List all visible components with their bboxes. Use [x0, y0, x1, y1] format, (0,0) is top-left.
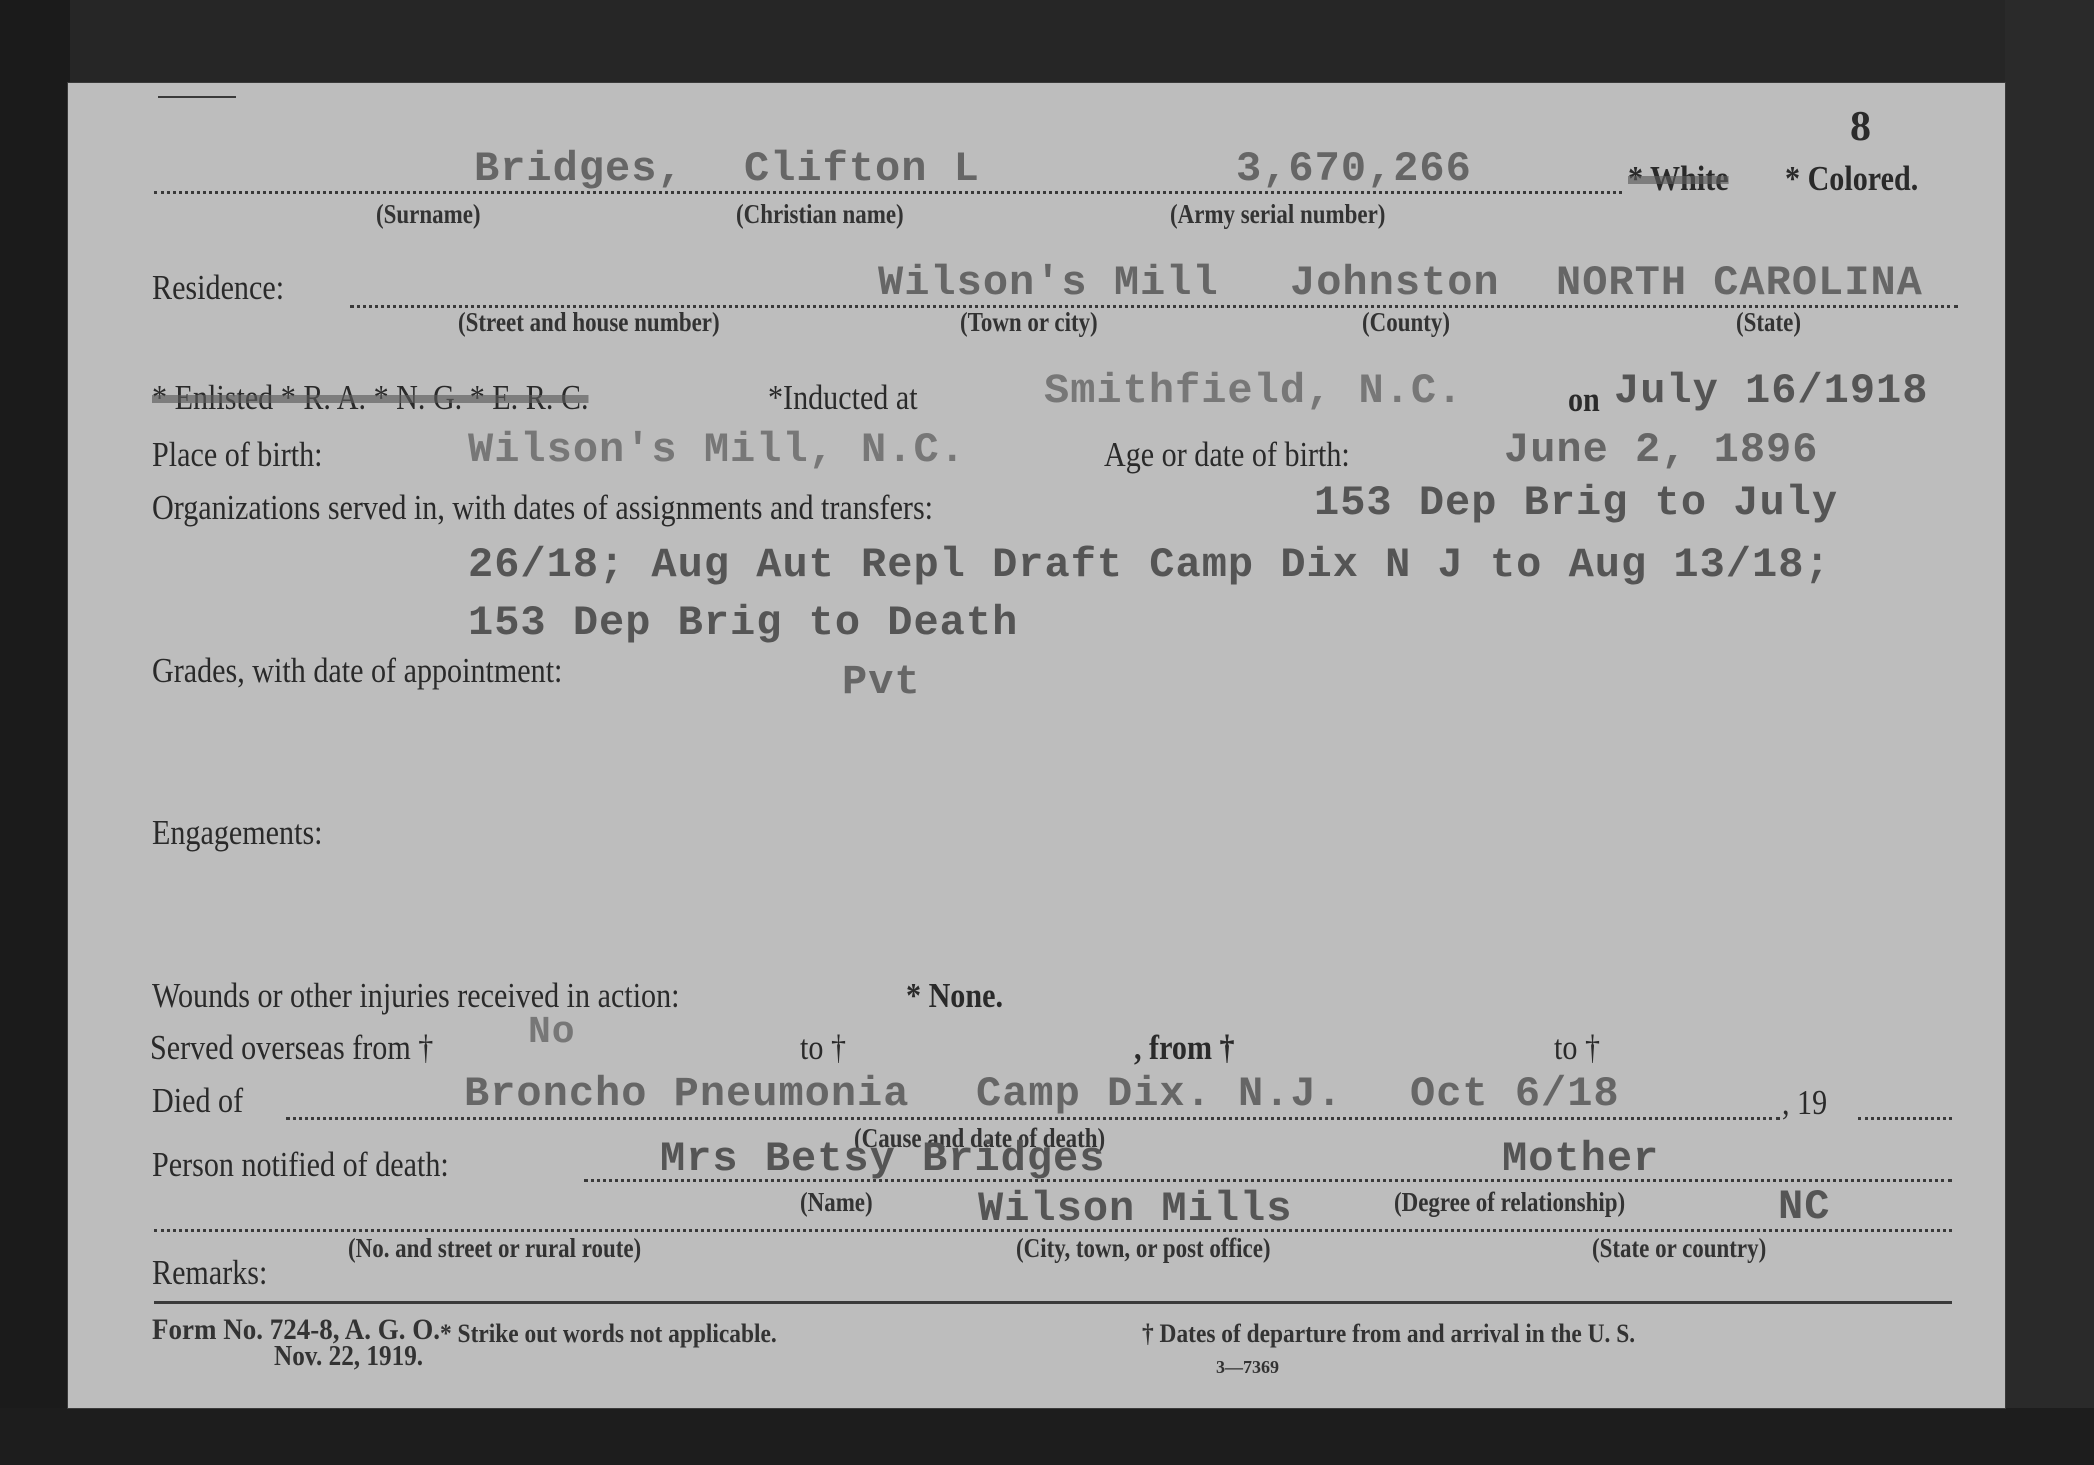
race-colored-label: * Colored.	[1785, 159, 1918, 199]
engagements-label: Engagements:	[152, 813, 323, 853]
notified-name-value: Mrs Betsy Bridges	[660, 1135, 1105, 1183]
town-caption: (Town or city)	[960, 307, 1098, 338]
residence-state-value: NORTH CAROLINA	[1556, 259, 1923, 307]
street-caption: (Street and house number)	[458, 307, 720, 338]
notified-city-value: Wilson Mills	[978, 1185, 1292, 1233]
organizations-line-2: 26/18; Aug Aut Repl Draft Camp Dix N J t…	[468, 541, 1831, 589]
army-serial-number-value: 3,670,266	[1236, 145, 1472, 193]
death-place-value: Camp Dix. N.J.	[976, 1070, 1343, 1118]
overseas-from2-label: , from †	[1134, 1028, 1235, 1068]
date-of-birth-value: June 2, 1896	[1504, 426, 1818, 474]
wounds-value: * None.	[906, 976, 1003, 1016]
print-code: 3—7369	[1216, 1357, 1279, 1378]
enlistment-options-struck: * Enlisted * R. A. * N. G. * E. R. C.	[152, 378, 588, 418]
date-of-birth-label: Age or date of birth:	[1104, 435, 1350, 475]
died-of-label: Died of	[152, 1081, 243, 1121]
organizations-line-1: 153 Dep Brig to July	[1314, 479, 1838, 527]
inducted-at-label: *Inducted at	[768, 378, 918, 418]
state-caption: (State)	[1736, 307, 1801, 338]
race-white-label: * White	[1628, 159, 1729, 198]
background-left	[0, 0, 70, 1465]
background-right	[2005, 0, 2094, 1465]
death-year-prefix: , 19	[1782, 1083, 1827, 1123]
overseas-to2-label: to †	[1554, 1028, 1600, 1068]
residence-town-value: Wilson's Mill	[878, 259, 1219, 307]
inducted-place-value: Smithfield, N.C.	[1044, 367, 1463, 415]
background-bottom	[0, 1408, 2094, 1465]
notified-label: Person notified of death:	[152, 1145, 449, 1185]
death-cause-value: Broncho Pneumonia	[464, 1070, 909, 1118]
notified-relationship-value: Mother	[1502, 1135, 1659, 1183]
grades-label: Grades, with date of appointment:	[152, 651, 562, 691]
inducted-on-label: on	[1568, 380, 1600, 420]
organizations-line-3: 153 Dep Brig to Death	[468, 599, 1018, 647]
death-year-line	[1858, 1117, 1952, 1120]
place-of-birth-value: Wilson's Mill, N.C.	[468, 426, 966, 474]
overseas-from-value: No	[528, 1011, 576, 1054]
overseas-to-label: to †	[800, 1028, 846, 1068]
wounds-label: Wounds or other injuries received in act…	[152, 976, 680, 1016]
grades-value: Pvt	[842, 658, 921, 706]
strike-note: * Strike out words not applicable.	[440, 1319, 777, 1349]
remarks-label: Remarks:	[152, 1253, 267, 1293]
notified-city-caption: (City, town, or post office)	[1016, 1233, 1271, 1264]
race-white-struck: * White	[1628, 159, 1729, 199]
christian-name-value: Clifton L	[744, 145, 980, 193]
corner-number: 8	[1850, 103, 1871, 151]
death-date-value: Oct 6/18	[1410, 1070, 1620, 1118]
notified-state-value: NC	[1778, 1183, 1830, 1231]
residence-county-value: Johnston	[1290, 259, 1500, 307]
surname-value: Bridges,	[474, 145, 684, 193]
service-record-card: 8 Bridges, Clifton L 3,670,266 * White *…	[68, 83, 2005, 1408]
organizations-label: Organizations served in, with dates of a…	[152, 488, 933, 528]
notified-street-caption: (No. and street or rural route)	[348, 1233, 641, 1264]
surname-caption: (Surname)	[376, 199, 481, 230]
form-date: Nov. 22, 1919.	[274, 1341, 423, 1373]
serial-caption: (Army serial number)	[1170, 199, 1385, 230]
christian-name-caption: (Christian name)	[736, 199, 904, 230]
notified-state-caption: (State or country)	[1592, 1233, 1766, 1264]
residence-label: Residence:	[152, 268, 284, 308]
county-caption: (County)	[1362, 307, 1450, 338]
enlistment-options: * Enlisted * R. A. * N. G. * E. R. C.	[152, 378, 588, 417]
top-left-mark	[158, 96, 236, 98]
remarks-rule	[154, 1301, 1952, 1304]
place-of-birth-label: Place of birth:	[152, 435, 323, 475]
notified-name-caption: (Name)	[800, 1187, 873, 1218]
inducted-date-value: July 16/1918	[1614, 367, 1928, 415]
notified-relationship-caption: (Degree of relationship)	[1394, 1187, 1625, 1218]
overseas-from-label: Served overseas from †	[150, 1028, 433, 1068]
dates-note: † Dates of departure from and arrival in…	[1142, 1319, 1635, 1349]
